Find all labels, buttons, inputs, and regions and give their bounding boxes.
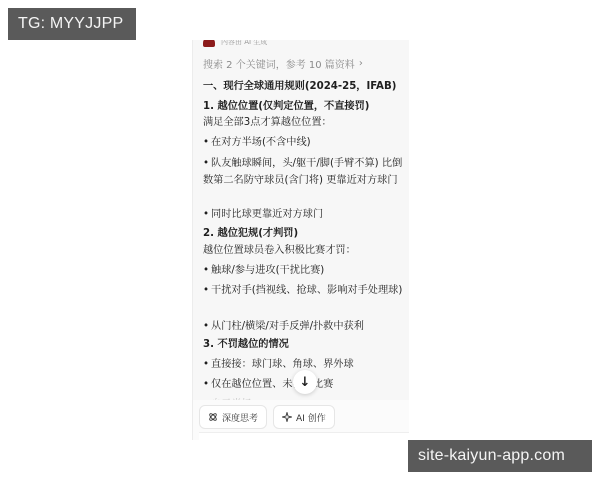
source-label: 内容由 AI 生成 <box>221 40 267 47</box>
list-item: 队友触球瞬间，头/躯干/脚(手臂不算) 比倒数第二名防守球员(含门将) 更靠近对… <box>203 156 403 189</box>
list-item: 在对方半场(不含中线) <box>203 136 311 149</box>
search-summary-text: 搜索 2 个关键词，参考 10 篇资料 <box>203 56 355 71</box>
paragraph: 越位位置球员卷入积极比赛才罚： <box>203 244 356 257</box>
avatar <box>203 40 215 47</box>
subheading-offside-offence: 2. 越位犯规(才判罚) <box>203 227 298 240</box>
source-row: 内容由 AI 生成 <box>203 40 267 48</box>
search-summary-link[interactable]: 搜索 2 个关键词，参考 10 篇资料 › <box>203 56 363 71</box>
ai-create-button[interactable]: AI 创作 <box>273 405 335 429</box>
list-item: 从门柱/横梁/对手反弹/扑救中获利 <box>203 320 364 333</box>
watermark-top-text: TG: MYYJJPP <box>18 15 123 32</box>
subheading-no-offside: 3. 不罚越位的情况 <box>203 338 289 351</box>
list-item: 同时比球更靠近对方球门 <box>203 208 323 221</box>
scroll-to-bottom-button[interactable]: ↓ <box>293 370 317 394</box>
deep-think-label: 深度思考 <box>222 411 258 424</box>
watermark-top: TG: MYYJJPP <box>8 8 136 40</box>
message-input[interactable] <box>199 432 409 440</box>
watermark-bottom-text: site-kaiyun-app.com <box>418 447 565 464</box>
chevron-right-icon: › <box>359 58 363 69</box>
deep-think-button[interactable]: 深度思考 <box>199 405 267 429</box>
list-item: 干扰对手(挡视线、抢球、影响对手处理球) <box>203 283 403 300</box>
arrow-down-icon: ↓ <box>300 375 311 390</box>
atom-icon <box>208 412 218 422</box>
section-heading: 一、现行全球通用规则(2024-25，IFAB) <box>203 80 396 93</box>
list-item: 直接接：球门球、角球、界外球 <box>203 358 354 371</box>
list-item: 触球/参与进攻(干扰比赛) <box>203 264 324 277</box>
ai-create-label: AI 创作 <box>296 411 326 424</box>
chat-message[interactable]: 内容由 AI 生成 搜索 2 个关键词，参考 10 篇资料 › 一、现行全球通用… <box>193 40 409 400</box>
watermark-bottom: site-kaiyun-app.com <box>408 440 592 472</box>
paragraph: 满足全部3点才算越位位置： <box>203 116 332 129</box>
subheading-offside-position: 1. 越位位置(仅判定位置，不直接罚) <box>203 100 369 113</box>
chat-panel: 内容由 AI 生成 搜索 2 个关键词，参考 10 篇资料 › 一、现行全球通用… <box>192 40 409 440</box>
sparkle-icon <box>282 412 292 422</box>
